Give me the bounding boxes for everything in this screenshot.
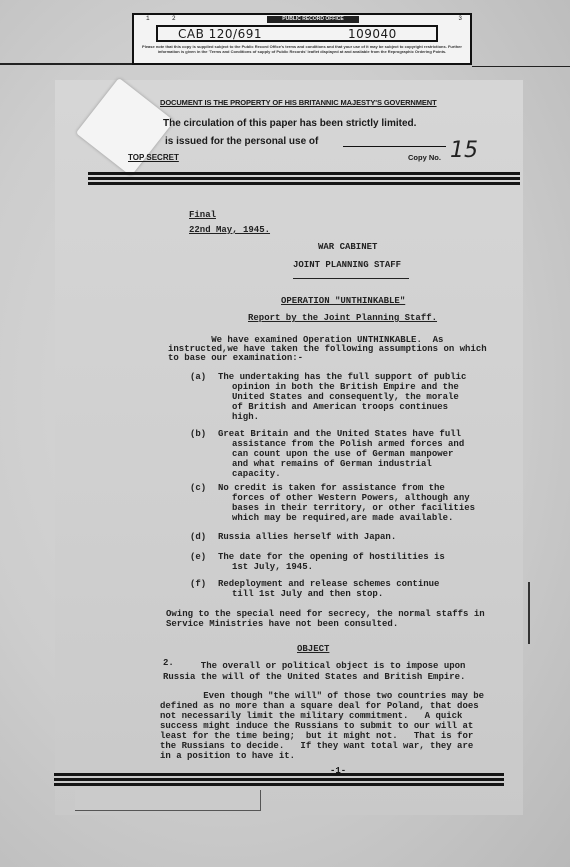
- assumption-label: (f): [190, 579, 206, 589]
- assumption-text: Russia allies herself with Japan.: [218, 532, 396, 542]
- operation-title: OPERATION "UNTHINKABLE": [281, 296, 405, 306]
- assumption-label: (e): [190, 552, 206, 562]
- copy-number: 15: [450, 138, 478, 163]
- stamp-office-label: PUBLIC RECORD OFFICE: [267, 16, 359, 23]
- object-heading: OBJECT: [297, 644, 329, 654]
- header-rule-lines: [88, 172, 520, 190]
- report-subtitle: Report by the Joint Planning Staff.: [248, 313, 437, 323]
- will-line: Even though "the will" of those two coun…: [160, 691, 484, 701]
- assumption-text: United States and consequently, the mora…: [232, 392, 459, 402]
- document-reference: CAB 120/691: [178, 28, 262, 41]
- will-line: not necessarily limit the military commi…: [160, 711, 462, 721]
- background-edge-line: [0, 63, 135, 65]
- assumption-text: till 1st July and then stop.: [232, 589, 383, 599]
- secrecy-line: Owing to the special need for secrecy, t…: [166, 609, 485, 619]
- copy-label: Copy No.: [408, 153, 441, 162]
- stamp-reference-box: CAB 120/691 109040: [156, 25, 438, 42]
- document-status: Final: [189, 210, 216, 220]
- copyright-notice: Please note that this copy is supplied s…: [138, 44, 466, 54]
- intro-line: to base our examination:-: [168, 353, 303, 363]
- org-war-cabinet: WAR CABINET: [318, 242, 377, 252]
- issued-for-notice: is issued for the personal use of: [165, 136, 318, 147]
- org-joint-planning-staff: JOINT PLANNING STAFF: [293, 260, 401, 270]
- piece-number: 109040: [348, 28, 397, 41]
- will-line: success might induce the Russians to sub…: [160, 721, 473, 731]
- assumption-text: Redeployment and release schemes continu…: [218, 579, 439, 589]
- object-line: The overall or political object is to im…: [163, 661, 465, 671]
- stamp-col-1: 1: [146, 15, 150, 22]
- assumption-text: The date for the opening of hostilities …: [218, 552, 445, 562]
- assumption-text: high.: [232, 412, 259, 422]
- assumption-text: assistance from the Polish armed forces …: [232, 439, 464, 449]
- background-edge-line: [472, 66, 570, 67]
- footer-rule-lines: [54, 773, 504, 788]
- margin-bracket-mark: [528, 582, 533, 644]
- stamp-col-3: 3: [458, 15, 462, 22]
- public-record-office-stamp: 1 2 PUBLIC RECORD OFFICE 3 CAB 120/691 1…: [132, 13, 472, 65]
- assumption-text: The undertaking has the full support of …: [218, 372, 466, 382]
- property-notice: DOCUMENT IS THE PROPERTY OF HIS BRITANNI…: [160, 98, 437, 107]
- assumption-text: Great Britain and the United States have…: [218, 429, 461, 439]
- assumption-text: opinion in both the British Empire and t…: [232, 382, 459, 392]
- classification-label: TOP SECRET: [128, 153, 179, 162]
- assumption-label: (a): [190, 372, 206, 382]
- assumption-text: 1st July, 1945.: [232, 562, 313, 572]
- circulation-notice: The circulation of this paper has been s…: [163, 118, 416, 129]
- assumption-text: can count upon the use of German manpowe…: [232, 449, 453, 459]
- assumption-text: bases in their territory, or other facil…: [232, 503, 475, 513]
- assumption-label: (b): [190, 429, 206, 439]
- stamp-col-2: 2: [172, 15, 176, 22]
- will-line: defined as no more than a square deal fo…: [160, 701, 479, 711]
- assumption-text: which may be required,are made available…: [232, 513, 453, 523]
- will-line: the Russians to decide. If they want tot…: [160, 741, 473, 751]
- assumption-label: (c): [190, 483, 206, 493]
- assumption-text: forces of other Western Powers, although…: [232, 493, 470, 503]
- assumption-label: (d): [190, 532, 206, 542]
- recipient-blank-line: [343, 146, 446, 147]
- will-line: in a position to have it.: [160, 751, 295, 761]
- title-divider: [293, 278, 409, 279]
- torn-edge: [75, 790, 261, 811]
- assumption-text: and what remains of German industrial: [232, 459, 432, 469]
- assumption-text: No credit is taken for assistance from t…: [218, 483, 445, 493]
- object-line: Russia the will of the United States and…: [163, 672, 465, 682]
- document-date: 22nd May, 1945.: [189, 225, 270, 235]
- assumption-text: of British and American troops continues: [232, 402, 448, 412]
- will-line: least for the time being; but it might n…: [160, 731, 473, 741]
- assumption-text: capacity.: [232, 469, 281, 479]
- secrecy-line: Service Ministries have not been consult…: [166, 619, 398, 629]
